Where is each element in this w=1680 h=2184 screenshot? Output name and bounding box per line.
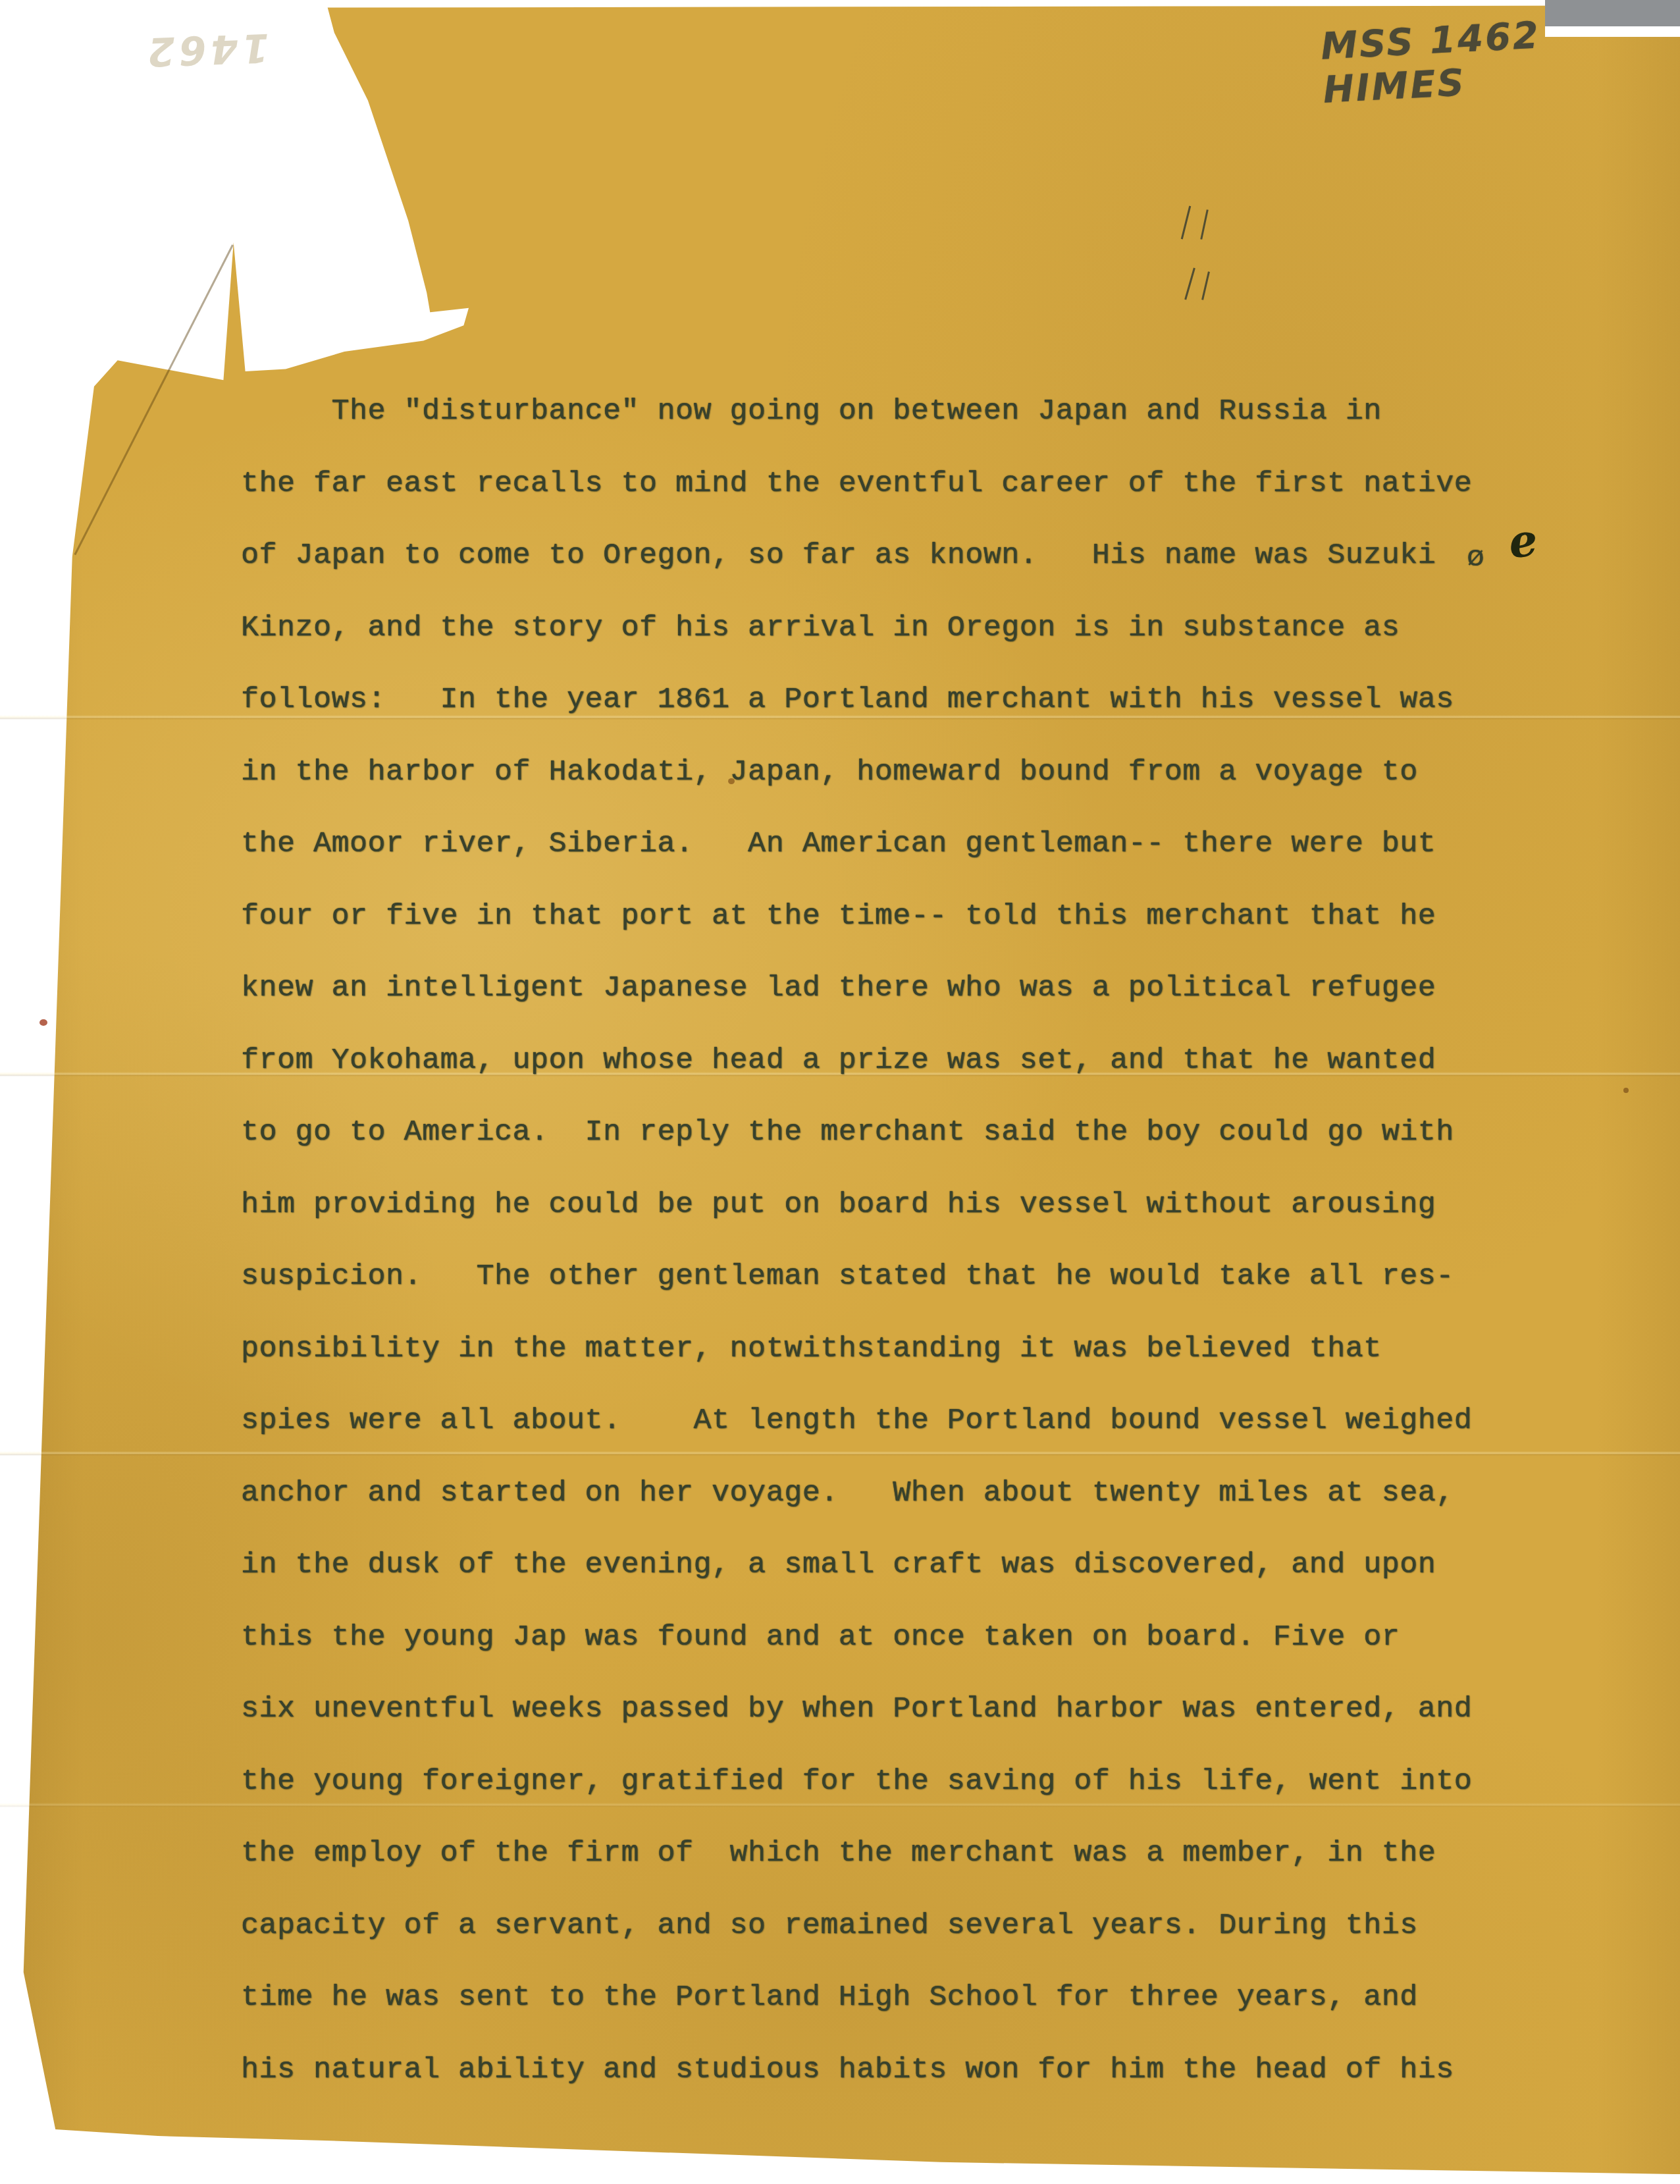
scanner-edge-gap <box>1545 26 1680 37</box>
typed-line: time he was sent to the Portland High Sc… <box>241 1961 1472 2034</box>
typed-line: to go to America. In reply the merchant … <box>241 1096 1472 1169</box>
typed-line: suspicion. The other gentleman stated th… <box>241 1240 1472 1313</box>
typed-line: The "disturbance" now going on between J… <box>241 375 1472 448</box>
paper-speck <box>1623 1088 1629 1093</box>
handwritten-correction: e <box>1506 514 1540 569</box>
typed-line: the far east recalls to mind the eventfu… <box>241 448 1472 520</box>
typed-line: him providing he could be put on board h… <box>241 1169 1472 1241</box>
typed-line: his natural ability and studious habits … <box>241 2034 1472 2106</box>
paper-speck <box>39 1019 47 1026</box>
typed-line: this the young Jap was found and at once… <box>241 1601 1472 1674</box>
typed-line: anchor and started on her voyage. When a… <box>241 1457 1472 1530</box>
faint-pencil-number: 1462 <box>143 24 270 75</box>
typed-line: the employ of the firm of which the merc… <box>241 1817 1472 1890</box>
typed-line: the young foreigner, gratified for the s… <box>241 1745 1472 1818</box>
typed-line: of Japan to come to Oregon, so far as kn… <box>241 519 1472 592</box>
typed-line: from Yokohama, upon whose head a prize w… <box>241 1025 1472 1097</box>
typed-line: four or five in that port at the time-- … <box>241 880 1472 953</box>
scanned-document-page: The "disturbance" now going on between J… <box>0 0 1680 2184</box>
scanner-edge-artifact <box>1545 0 1680 26</box>
typed-line: spies were all about. At length the Port… <box>241 1385 1472 1457</box>
typed-line: the Amoor river, Siberia. An American ge… <box>241 808 1472 880</box>
typed-text-block: The "disturbance" now going on between J… <box>241 375 1472 2106</box>
typed-line: six uneventful weeks passed by when Port… <box>241 1673 1472 1745</box>
typed-line: capacity of a servant, and so remained s… <box>241 1890 1472 1962</box>
typed-line: knew an intelligent Japanese lad there w… <box>241 952 1472 1025</box>
typed-line: Kinzo, and the story of his arrival in O… <box>241 592 1472 664</box>
archival-mark: MSS 1462 HIMES <box>1320 14 1544 112</box>
typed-line: ponsibility in the matter, notwithstandi… <box>241 1313 1472 1385</box>
typed-struck-character: ø <box>1467 541 1484 575</box>
typed-line: in the dusk of the evening, a small craf… <box>241 1529 1472 1601</box>
typed-line: follows: In the year 1861 a Portland mer… <box>241 664 1472 736</box>
typed-line: in the harbor of Hakodati, Japan, homewa… <box>241 736 1472 809</box>
